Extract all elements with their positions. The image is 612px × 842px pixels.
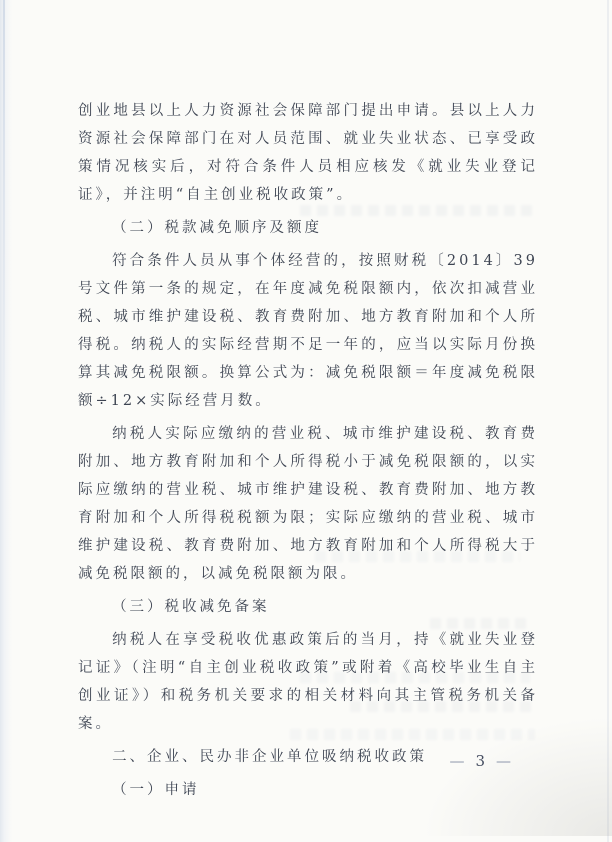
section-heading-3: （三）税收减免备案	[78, 593, 538, 621]
scanned-document-page: 创业地县以上人力资源社会保障部门提出申请。县以上人力资源社会保障部门在对人员范围…	[0, 0, 612, 842]
page-number-dash-right: —	[496, 752, 516, 770]
page-number-value: 3	[469, 752, 496, 770]
paragraph: 符合条件人员从事个体经营的，按照财税〔2014〕39 号文件第一条的规定，在年度…	[78, 247, 538, 415]
scan-left-edge-artifact	[0, 0, 12, 842]
scan-left-edge-line	[3, 0, 5, 522]
document-body: 创业地县以上人力资源社会保障部门提出申请。县以上人力资源社会保障部门在对人员范围…	[78, 97, 538, 809]
paragraph: 纳税人实际应缴纳的营业税、城市维护建设税、教育费附加、地方教育附加和个人所得税小…	[78, 420, 538, 588]
page-number-dash-left: —	[449, 752, 469, 770]
paragraph: 纳税人在享受税收优惠政策后的当月，持《就业失业登记证》（注明“自主创业税收政策”…	[78, 626, 538, 738]
section-heading-1: （一）申请	[78, 776, 538, 804]
paragraph-continuation: 创业地县以上人力资源社会保障部门提出申请。县以上人力资源社会保障部门在对人员范围…	[78, 97, 538, 209]
section-heading-2: （二）税款减免顺序及额度	[78, 214, 538, 242]
page-number: —3—	[449, 752, 516, 770]
